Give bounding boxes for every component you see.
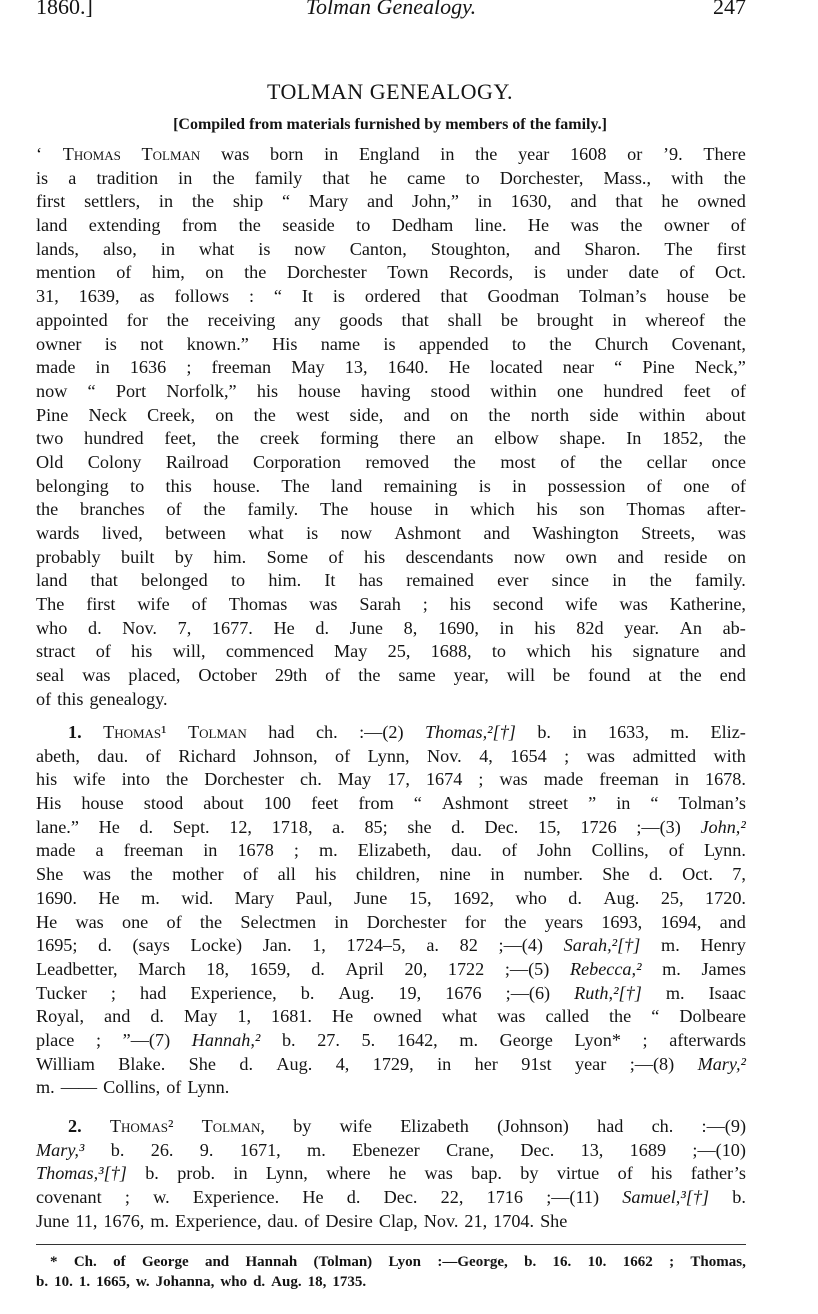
text-line: Mary,³b.26.9.1671,m.EbenezerCrane,Dec.13… <box>36 1139 746 1163</box>
text-line: firstsettlers,intheship“MaryandJohn,”in1… <box>36 190 746 214</box>
text-line: 2.Thomas²Tolman,bywifeElizabeth(Johnson)… <box>36 1115 746 1139</box>
page-title: TOLMAN GENEALOGY. <box>0 79 780 105</box>
text-line: ofthisgenealogy. <box>36 688 746 712</box>
text-line: Royal,andd.May1,1681.Heownedwhatwascalle… <box>36 1005 746 1029</box>
page-subtitle: [Compiled from materials furnished by me… <box>0 116 780 134</box>
text-line: ‘ThomasTolmanwasborninEnglandintheyear16… <box>36 143 746 167</box>
text-line: landthatbelongedtohim.Ithasremainedevers… <box>36 569 746 593</box>
text-line: lane.”Hed.Sept.12,1718,a.85;shed.Dec.15,… <box>36 816 746 840</box>
text-line: Thomas,³[†]b.prob.inLynn,wherehewasbap.b… <box>36 1162 746 1186</box>
text-line: 1690.Hem.wid.MaryPaul,June15,1692,whod.A… <box>36 887 746 911</box>
genealogy-entry-1: 1.Thomas¹Tolmanhadch.:—(2)Thomas,²[†]b.i… <box>36 721 746 1100</box>
text-line: belongingtothishouse.Thelandremainingisi… <box>36 475 746 499</box>
genealogy-entry-2: 2.Thomas²Tolman,bywifeElizabeth(Johnson)… <box>36 1115 746 1233</box>
text-line: now“PortNorfolk,”hishousehavingstoodwith… <box>36 380 746 404</box>
text-line: landextendingfromtheseasidetoDedhamline.… <box>36 214 746 238</box>
text-line: sealwasplaced,October29thofthesameyear,w… <box>36 664 746 688</box>
page-number: 247 <box>713 0 746 20</box>
text-line: OldColonyRailroadCorporationremovedthemo… <box>36 451 746 475</box>
text-line: Leadbetter,March18,1659,d.April20,1722;—… <box>36 958 746 982</box>
text-line: place;”—(7)Hannah,²b.27.5.1642,m.GeorgeL… <box>36 1029 746 1053</box>
text-line: covenant;w.Experience.Hed.Dec.22,1716;—(… <box>36 1186 746 1210</box>
text-line: Shewasthemotherofallhischildren,nineinnu… <box>36 863 746 887</box>
book-page: 1860.] Tolman Genealogy. 247 TOLMAN GENE… <box>0 0 818 1314</box>
text-line: ThefirstwifeofThomaswasSarah;hissecondwi… <box>36 593 746 617</box>
text-line: probablybuiltbyhim.Someofhisdescendantsn… <box>36 546 746 570</box>
text-line: 1.Thomas¹Tolmanhadch.:—(2)Thomas,²[†]b.i… <box>36 721 746 745</box>
text-line: mentionofhim,ontheDorchesterTownRecords,… <box>36 261 746 285</box>
text-line: whod.Nov.7,1677.Hed.June8,1690,inhis82dy… <box>36 617 746 641</box>
text-line: PineNeckCreek,onthewestside,andonthenort… <box>36 404 746 428</box>
text-line: wardslived,betweenwhatisnowAshmontandWas… <box>36 522 746 546</box>
text-line: b.10.1.1665,w.Johanna,whod.Aug.18,1735. <box>36 1272 746 1292</box>
running-head: 1860.] Tolman Genealogy. 247 <box>36 0 746 20</box>
running-head-title: Tolman Genealogy. <box>36 0 746 20</box>
text-line: 1695;d.(saysLocke)Jan.1,1724–5,a.82;—(4)… <box>36 934 746 958</box>
entry-number: 2. <box>68 1115 82 1139</box>
text-line: twohundredfeet,thecreekformingthereanelb… <box>36 427 746 451</box>
entry-number: 1. <box>68 721 82 745</box>
text-line: HewasoneoftheSelectmeninDorchesterforthe… <box>36 911 746 935</box>
text-line: Hishousestoodabout100feetfrom“Ashmontstr… <box>36 792 746 816</box>
text-line: madein1636;freemanMay13,1640.Helocatedne… <box>36 356 746 380</box>
text-line: isatraditioninthefamilythathecametoDorch… <box>36 167 746 191</box>
text-line: June11,1676,m.Experience,dau.ofDesireCla… <box>36 1210 746 1234</box>
intro-paragraph: ‘ThomasTolmanwasborninEnglandintheyear16… <box>36 143 746 712</box>
text-line: m.——Collins,ofLynn. <box>36 1076 746 1100</box>
text-line: abeth,dau.ofRichardJohnson,ofLynn,Nov.4,… <box>36 745 746 769</box>
text-line: lands,also,inwhatisnowCanton,Stoughton,a… <box>36 238 746 262</box>
text-line: ownerisnotknown.”HisnameisappendedtotheC… <box>36 333 746 357</box>
text-line: thebranchesofthefamily.Thehouseinwhichhi… <box>36 498 746 522</box>
text-line: madeafreemanin1678;m.Elizabeth,dau.ofJoh… <box>36 839 746 863</box>
text-line: hiswifeintotheDorchesterch.May17,1674;wa… <box>36 768 746 792</box>
text-line: Tucker;hadExperience,b.Aug.19,1676;—(6)R… <box>36 982 746 1006</box>
text-line: stractofhiswill,commencedMay25,1688,towh… <box>36 640 746 664</box>
footnote-divider <box>36 1244 746 1245</box>
text-line: WilliamBlake.Shed.Aug.4,1729,inher91stye… <box>36 1053 746 1077</box>
text-line: appointedforthereceivinganygoodsthatshal… <box>36 309 746 333</box>
text-line: *Ch.ofGeorgeandHannah(Tolman)Lyon:—Georg… <box>36 1252 746 1272</box>
text-line: 31,1639,asfollows:“ItisorderedthatGoodma… <box>36 285 746 309</box>
footnote: *Ch.ofGeorgeandHannah(Tolman)Lyon:—Georg… <box>36 1252 746 1292</box>
